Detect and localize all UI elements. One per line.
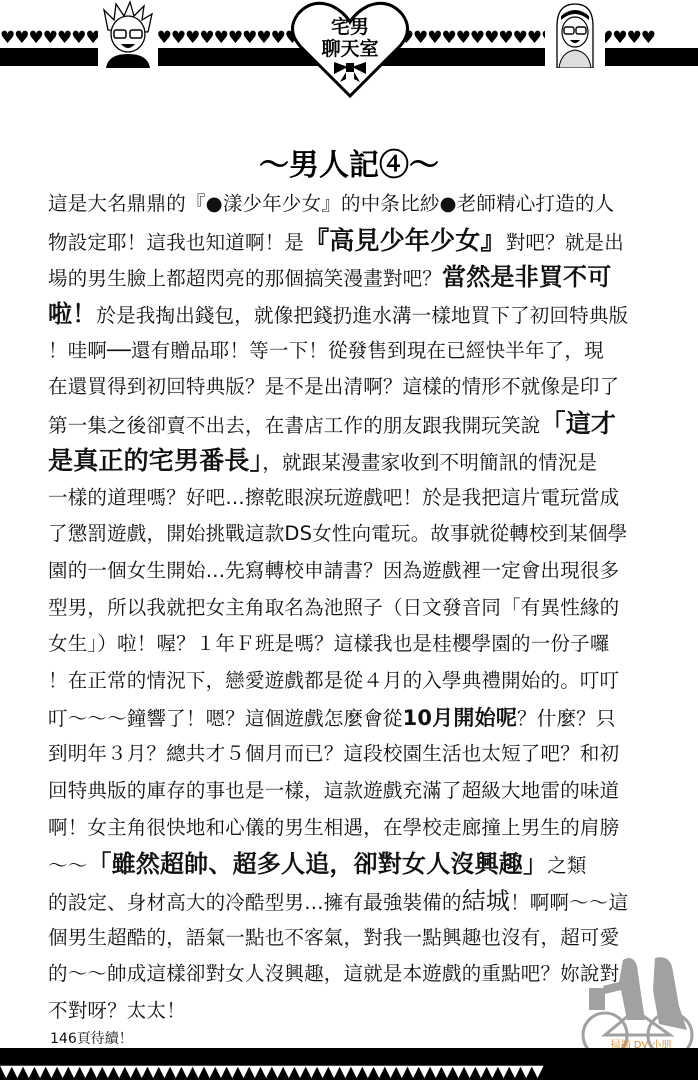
body-text-segment: 物設定耶！這我也知道啊！是 (48, 231, 304, 254)
body-text-segment: 回特典版的庫存的事也是一樣，這款遊戲充滿了超級大地雷的味道 (48, 779, 619, 802)
text-line: 是真正的宅男番長」，就跟某漫畫家收到不明簡訊的情況是 (48, 443, 660, 480)
emphasis-text: 「雖然超帥、超多人追，卻對女人沒興趣」 (87, 850, 547, 878)
text-line: 第一集之後卻賣不出去，在書店工作的朋友跟我開玩笑說「這才 (48, 406, 660, 443)
text-line: 園的一個女生開始…先寫轉校申請書？因為遊戲裡一定會出現很多 (48, 553, 660, 590)
body-text-segment: 於是我掏出錢包，就像把錢扔進水溝一樣地買下了初回特典版 (96, 304, 628, 327)
emphasis-text: 「這才 (541, 409, 617, 438)
emphasis-text: 啦！ (48, 300, 96, 328)
body-text-segment: 的～～帥成這樣卻對女人沒興趣，這就是本遊戲的重點吧？妳說對 (48, 962, 619, 985)
badge-title-line2: 聊天室 (290, 38, 410, 60)
text-line: 的設定、身材高大的冷酷型男…擁有最強裝備的結城！啊啊～～這 (48, 883, 660, 920)
text-line: 型男，所以我就把女主角取名為池照子（日文發音同「有異性緣的 (48, 590, 660, 627)
text-line: 個男生超酷的，語氣一點也不客氣，對我一點興趣也沒有，超可愛 (48, 920, 660, 957)
text-line: 叮～～～鐘響了！嗯？這個遊戲怎麼會從10月開始呢？什麼？只 (48, 700, 660, 737)
body-text-segment: 的設定、身材高大的冷酷型男…擁有最強裝備的 (48, 891, 462, 914)
body-text-segment: 在還買得到初回特典版？是不是出清啊？這樣的情形不就像是印了 (48, 375, 619, 398)
text-line: 了懲罰遊戲，開始挑戰這款DS女性向電玩。故事就從轉校到某個學 (48, 516, 660, 553)
text-line: 的～～帥成這樣卻對女人沒興趣，這就是本遊戲的重點吧？妳說對 (48, 956, 660, 993)
body-text-segment: ？什麼？只 (517, 707, 616, 730)
text-line: ～～「雖然超帥、超多人追，卻對女人沒興趣」之類 (48, 846, 660, 883)
drops-border: ▼▼▼▼▼▼▼▼▼▼▼▼▼▼▼▼▼▼▼▼▼▼▼▼▼▼▼▼▼▼▼▼▼▼▼▼▼▼▼▼… (0, 1062, 698, 1080)
text-line: 不對呀？太太！ (48, 993, 660, 1030)
header-band: ♥♥♥♥♥♥♥♥♥♥♥♥♥♥♥♥♥♥♥♥♥♥♥♥♥♥♥♥♥♥♥♥♥♥♥♥♥♥♥♥… (0, 0, 698, 70)
text-line: ！在正常的情況下，戀愛遊戲都是從４月的入學典禮開始的。叮叮 (48, 663, 660, 700)
body-text-segment: 對吧？就是出 (506, 231, 624, 254)
text-line: 一樣的道理嗎？好吧…擦乾眼淚玩遊戲吧！於是我把這片電玩當成 (48, 480, 660, 517)
boy-character-icon (98, 0, 158, 68)
body-text-segment: 場的男生臉上都超閃亮的那個搞笑漫畫對吧？ (48, 267, 442, 290)
footer-black-bar (0, 1048, 698, 1062)
body-text-segment: 啊！女主角很快地和心儀的男生相遇，在學校走廊撞上男生的肩膀 (48, 816, 619, 839)
emphasis-text: 『高見少年少女』 (304, 226, 506, 255)
chat-room-heart-badge: 宅男 聊天室 (290, 0, 410, 100)
article-body: 這是大名鼎鼎的『●漾少年少女』的中条比紗●老師精心打造的人物設定耶！這我也知道啊… (48, 186, 660, 1030)
emphasis-text: 當然是非買不可 (442, 263, 611, 291)
text-line: 女生」）啦！喔？１年Ｆ班是嗎？這樣我也是桂櫻學園的一份子囉 (48, 626, 660, 663)
body-text-segment: 第一集之後卻賣不出去，在書店工作的朋友跟我開玩笑說 (48, 414, 541, 437)
body-text-segment: ，就跟某漫畫家收到不明簡訊的情況是 (262, 451, 597, 474)
text-line: 場的男生臉上都超閃亮的那個搞笑漫畫對吧？當然是非買不可 (48, 259, 660, 296)
body-text-segment: 個男生超酷的，語氣一點也不客氣，對我一點興趣也沒有，超可愛 (48, 926, 619, 949)
text-line: 在還買得到初回特典版？是不是出清啊？這樣的情形不就像是印了 (48, 369, 660, 406)
text-line: 這是大名鼎鼎的『●漾少年少女』的中条比紗●老師精心打造的人 (48, 186, 660, 223)
body-text-segment: ！哇啊──還有贈品耶！等一下！從發售到現在已經快半年了，現 (48, 339, 604, 362)
text-line: 回特典版的庫存的事也是一樣，這款遊戲充滿了超級大地雷的味道 (48, 773, 660, 810)
body-text-segment: 一樣的道理嗎？好吧…擦乾眼淚玩遊戲吧！於是我把這片電玩當成 (48, 486, 619, 509)
body-text-segment: 型男，所以我就把女主角取名為池照子（日文發音同「有異性緣的 (48, 596, 619, 619)
body-text-segment: ～～ (48, 854, 87, 877)
body-text-segment: ！在正常的情況下，戀愛遊戲都是從４月的入學典禮開始的。叮叮 (48, 669, 619, 692)
body-text-segment: 之類 (547, 854, 586, 877)
girl-character-icon (545, 0, 605, 68)
text-line: 啦！於是我掏出錢包，就像把錢扔進水溝一樣地買下了初回特典版 (48, 296, 660, 333)
text-line: 到明年３月？總共才５個月而已？這段校園生活也太短了吧？和初 (48, 736, 660, 773)
body-text-segment: 不對呀？太太！ (48, 999, 186, 1022)
text-line: ！哇啊──還有贈品耶！等一下！從發售到現在已經快半年了，現 (48, 333, 660, 370)
continued-note: 146頁待續！ (50, 1028, 133, 1048)
body-text-segment: 到明年３月？總共才５個月而已？這段校園生活也太短了吧？和初 (48, 742, 619, 765)
text-line: 物設定耶！這我也知道啊！是『高見少年少女』對吧？就是出 (48, 223, 660, 260)
badge-title-line1: 宅男 (290, 16, 410, 38)
article-title: ～男人記④～ (0, 140, 698, 184)
emphasis-text: 10月開始呢 (403, 706, 517, 730)
emphasis-text: 是真正的宅男番長」 (48, 446, 262, 475)
emphasis-text: 結城 (462, 887, 510, 915)
body-text-segment: 這是大名鼎鼎的『●漾少年少女』的中条比紗●老師精心打造的人 (48, 192, 614, 215)
body-text-segment: 園的一個女生開始…先寫轉校申請書？因為遊戲裡一定會出現很多 (48, 559, 619, 582)
body-text-segment: ！啊啊～～這 (510, 891, 628, 914)
body-text-segment: 女生」）啦！喔？１年Ｆ班是嗎？這樣我也是桂櫻學園的一份子囉 (48, 632, 610, 655)
text-line: 啊！女主角很快地和心儀的男生相遇，在學校走廊撞上男生的肩膀 (48, 810, 660, 847)
body-text-segment: 叮～～～鐘響了！嗯？這個遊戲怎麼會從 (48, 707, 403, 730)
body-text-segment: 了懲罰遊戲，開始挑戰這款DS女性向電玩。故事就從轉校到某個學 (48, 522, 627, 545)
